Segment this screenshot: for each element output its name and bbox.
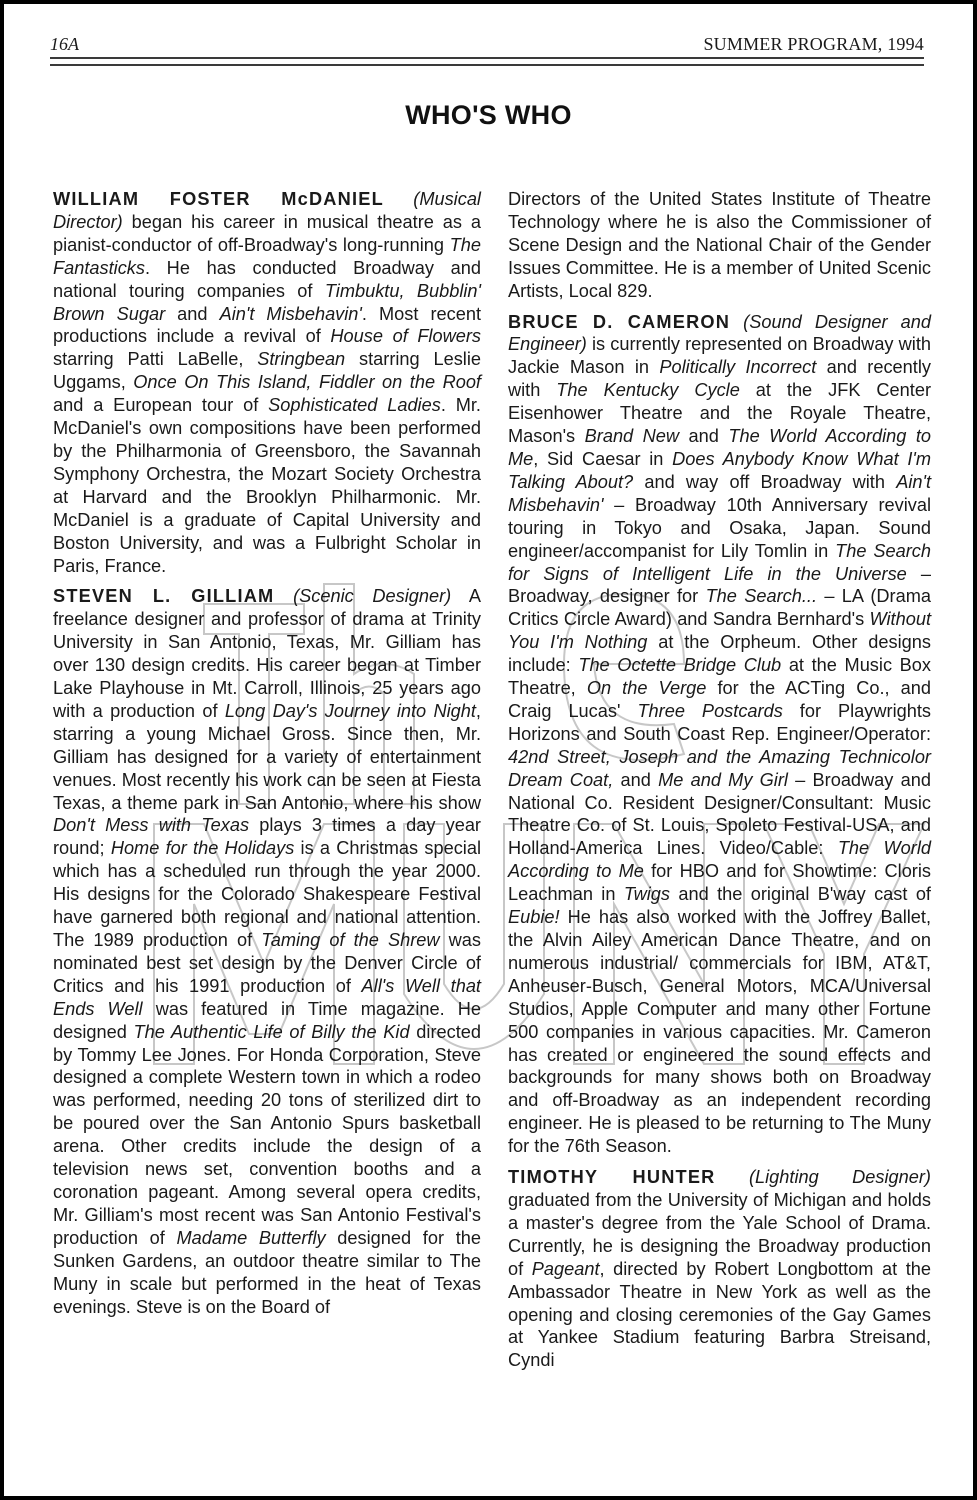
bio-text: began his career in musical theatre as a… bbox=[53, 212, 481, 576]
bio-text: graduated from the University of Michiga… bbox=[508, 1190, 931, 1370]
bio-text: A freelance designer and professor of dr… bbox=[53, 586, 481, 1316]
bio-text: is currently represented on Broadway wit… bbox=[508, 334, 931, 1156]
bio-name: STEVEN L. GILLIAM bbox=[53, 586, 274, 606]
bio-hunter: TIMOTHY HUNTER (Lighting Designer) gradu… bbox=[508, 1166, 931, 1372]
page-number: 16A bbox=[50, 34, 79, 55]
program-title: SUMMER PROGRAM, 1994 bbox=[703, 34, 924, 55]
page-header: 16A SUMMER PROGRAM, 1994 bbox=[50, 32, 924, 56]
bio-gilliam-continued: Directors of the United States Institute… bbox=[508, 188, 931, 303]
page: 16A SUMMER PROGRAM, 1994 WHO'S WHO WILLI… bbox=[0, 0, 977, 1500]
page-title: WHO'S WHO bbox=[4, 100, 973, 131]
bio-gilliam: STEVEN L. GILLIAM (Scenic Designer) A fr… bbox=[53, 585, 481, 1318]
bio-role: (Lighting Designer) bbox=[749, 1167, 931, 1187]
bio-name: WILLIAM FOSTER McDANIEL bbox=[53, 189, 384, 209]
column-left: WILLIAM FOSTER McDANIEL (Musical Directo… bbox=[53, 188, 481, 1326]
bio-mcdaniel: WILLIAM FOSTER McDANIEL (Musical Directo… bbox=[53, 188, 481, 577]
bio-role: (Scenic Designer) bbox=[293, 586, 451, 606]
bio-cameron: BRUCE D. CAMERON (Sound Designer and Eng… bbox=[508, 311, 931, 1159]
header-rule-bottom bbox=[50, 64, 924, 66]
header-rule-top bbox=[50, 57, 924, 59]
bio-text: Directors of the United States Institute… bbox=[508, 189, 931, 301]
column-right: Directors of the United States Institute… bbox=[508, 188, 931, 1380]
bio-name: TIMOTHY HUNTER bbox=[508, 1167, 716, 1187]
bio-name: BRUCE D. CAMERON bbox=[508, 312, 730, 332]
